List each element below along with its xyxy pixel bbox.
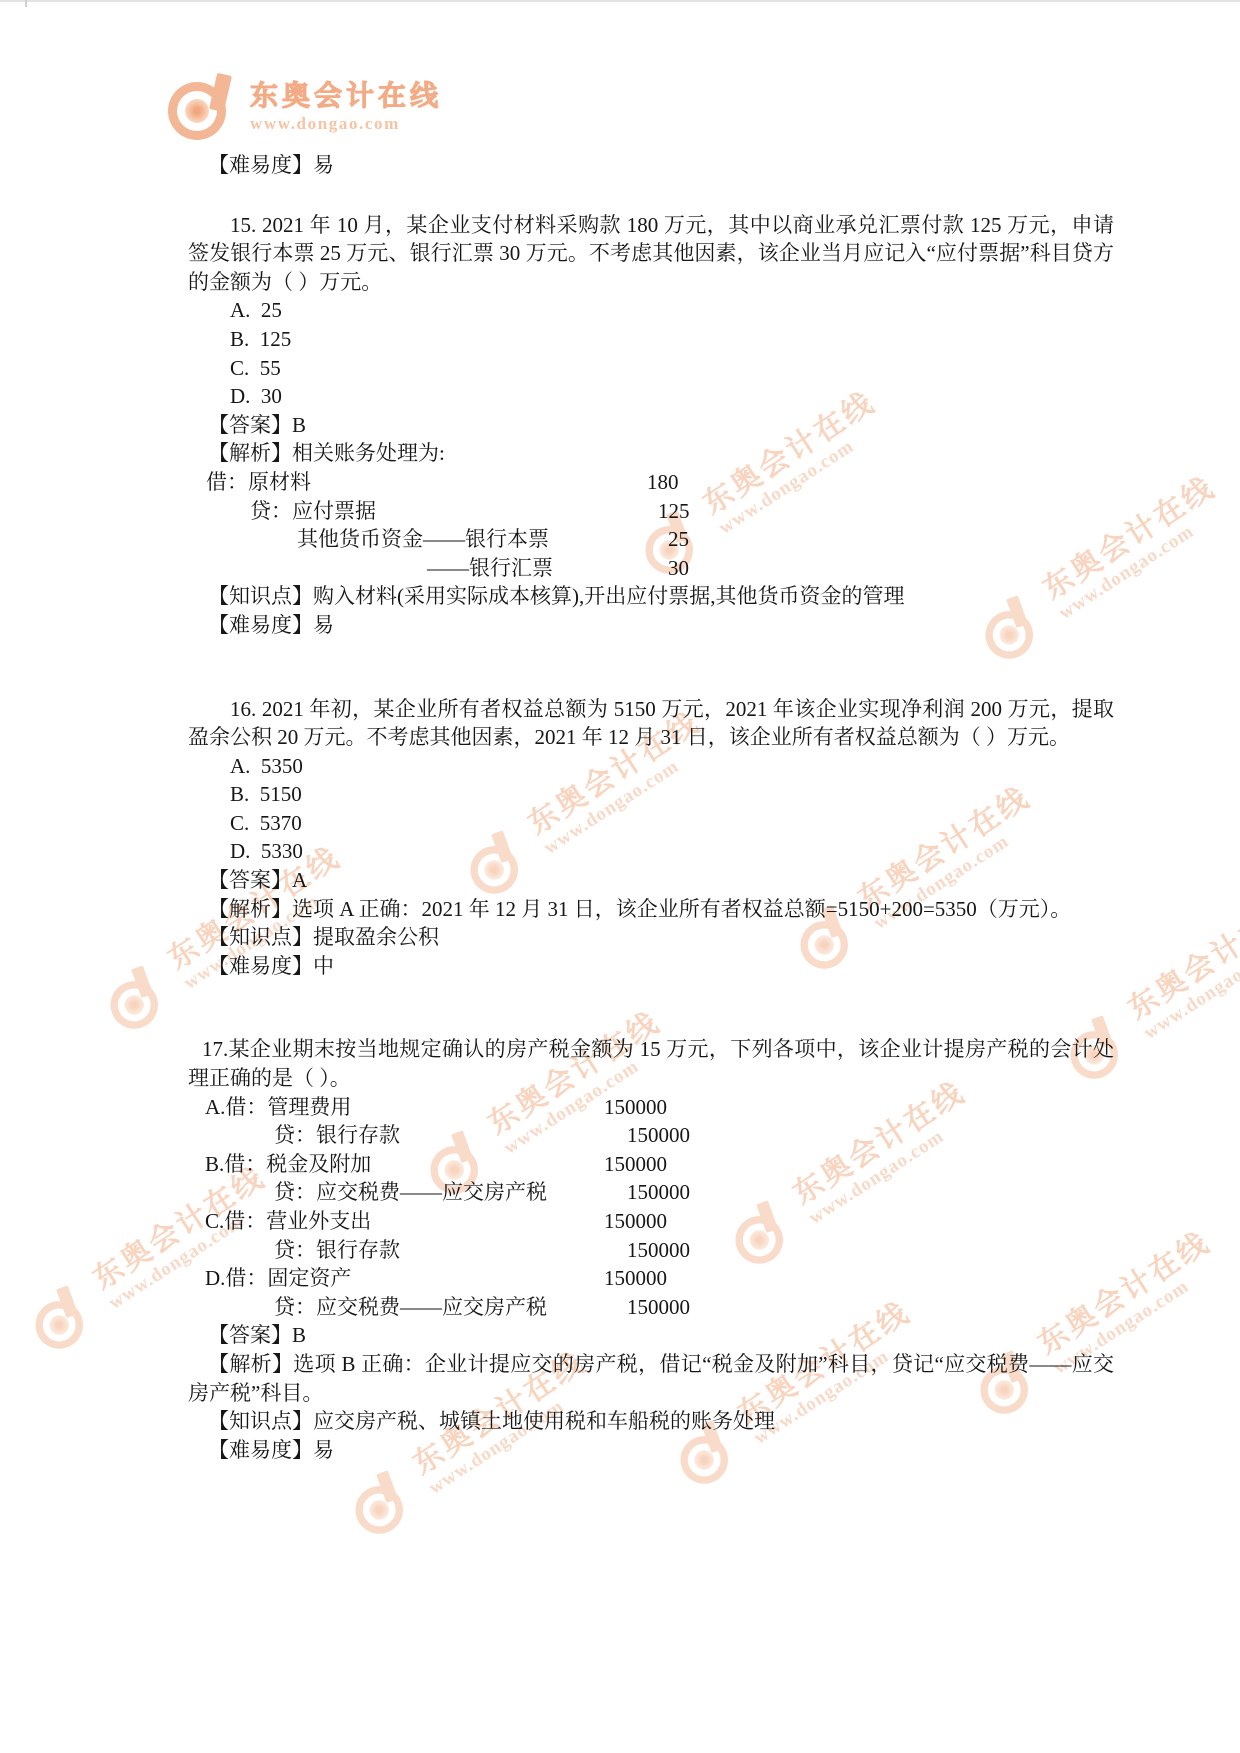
option: B. 125 bbox=[188, 325, 1114, 354]
question-stem: 17.某企业期末按当地规定确认的房产税金额为 15 万元，下列各项中，该企业计提… bbox=[188, 1035, 1114, 1092]
logo-ring bbox=[26, 1292, 92, 1358]
entry-text: 贷：应交税费——应交房产税 bbox=[274, 1180, 547, 1204]
answer-line: 【答案】B bbox=[188, 411, 1114, 440]
option: A. 25 bbox=[188, 296, 1114, 325]
document-content: 【难易度】易 15. 2021 年 10 月，某企业支付材料采购款 180 万元… bbox=[188, 151, 1114, 1464]
page-top-rule bbox=[0, 0, 1240, 2]
option: D. 5330 bbox=[188, 837, 1114, 866]
knowledge-line: 【知识点】应交房产税、城镇土地使用税和车船税的账务处理 bbox=[188, 1407, 1114, 1436]
analysis-line-value: 选项 A 正确：2021 年 12 月 31 日，该企业所有者权益总额=5150… bbox=[292, 897, 1071, 921]
difficulty-line-value: 易 bbox=[313, 613, 334, 637]
analysis-line-value: 相关账务处理为: bbox=[292, 441, 445, 465]
knowledge-line: 【知识点】提取盈余公积 bbox=[188, 923, 1114, 952]
option-entry: 贷：应交税费——应交房产税150000 bbox=[188, 1293, 1114, 1322]
leading-difficulty-line: 【难易度】易 bbox=[188, 151, 1114, 180]
exam-document-page: 东奥会计在线www.dongao.com东奥会计在线www.dongao.com… bbox=[0, 0, 1240, 1753]
option-entry: B.借：税金及附加150000 bbox=[188, 1150, 1114, 1179]
entry-amount: 150000 bbox=[604, 1093, 667, 1122]
entry-text: 贷：银行存款 bbox=[274, 1238, 400, 1262]
knowledge-line-value: 提取盈余公积 bbox=[313, 925, 439, 949]
difficulty-line: 【难易度】易 bbox=[188, 611, 1114, 640]
question-15: 15. 2021 年 10 月，某企业支付材料采购款 180 万元，其中以商业承… bbox=[188, 211, 1114, 640]
entry-amount: 150000 bbox=[627, 1121, 690, 1150]
entry-amount: 150000 bbox=[627, 1293, 690, 1322]
question-stem: 15. 2021 年 10 月，某企业支付材料采购款 180 万元，其中以商业承… bbox=[188, 211, 1114, 297]
analysis-line-label: 【解析】 bbox=[208, 897, 292, 921]
option-entry: A.借：管理费用150000 bbox=[188, 1093, 1114, 1122]
answer-line: 【答案】A bbox=[188, 866, 1114, 895]
entry-text: C.借：营业外支出 bbox=[205, 1209, 371, 1233]
watermark-logo-icon bbox=[98, 961, 176, 1038]
logo-ascender bbox=[376, 1470, 398, 1503]
option: A. 5350 bbox=[188, 752, 1114, 781]
answer-line-value: B bbox=[292, 413, 306, 437]
journal-line: 借：原材料180 bbox=[188, 468, 1114, 497]
question-16: 16. 2021 年初，某企业所有者权益总额为 5150 万元，2021 年该企… bbox=[188, 695, 1114, 981]
analysis-line-label: 【解析】 bbox=[208, 1352, 293, 1376]
difficulty-line-label: 【难易度】 bbox=[208, 1438, 313, 1462]
site-logo: 东奥会计在线 www.dongao.com bbox=[168, 74, 442, 140]
option-entry: D.借：固定资产150000 bbox=[188, 1264, 1114, 1293]
question-stem: 16. 2021 年初，某企业所有者权益总额为 5150 万元，2021 年该企… bbox=[188, 695, 1114, 752]
brand-url: www.dongao.com bbox=[250, 114, 442, 134]
brand-lockup: 东奥会计在线 www.dongao.com bbox=[250, 74, 442, 134]
option: C. 5370 bbox=[188, 809, 1114, 838]
journal-line: 贷：应付票据125 bbox=[188, 497, 1114, 526]
difficulty-line-label: 【难易度】 bbox=[208, 613, 313, 637]
page-crop-mark bbox=[25, 0, 27, 7]
analysis-line-value: 选项 B 正确：企业计提应交的房产税，借记“税金及附加”科目，贷记“应交税费——… bbox=[188, 1352, 1114, 1405]
logo-ascender bbox=[131, 965, 153, 998]
entry-text: D.借：固定资产 bbox=[205, 1266, 351, 1290]
difficulty-label: 【难易度】 bbox=[208, 153, 313, 177]
question-17: 17.某企业期末按当地规定确认的房产税金额为 15 万元，下列各项中，该企业计提… bbox=[188, 1035, 1114, 1464]
difficulty-line: 【难易度】易 bbox=[188, 1436, 1114, 1465]
analysis-line: 【解析】选项 A 正确：2021 年 12 月 31 日，该企业所有者权益总额=… bbox=[188, 895, 1114, 924]
logo-ring bbox=[346, 1477, 412, 1543]
knowledge-line-label: 【知识点】 bbox=[208, 925, 313, 949]
option: B. 5150 bbox=[188, 780, 1114, 809]
knowledge-line-label: 【知识点】 bbox=[208, 1409, 313, 1433]
difficulty-line-value: 中 bbox=[313, 954, 334, 978]
entry-amount: 150000 bbox=[627, 1236, 690, 1265]
brand-name: 东奥会计在线 bbox=[250, 82, 442, 111]
analysis-line: 【解析】相关账务处理为: bbox=[188, 439, 1114, 468]
journal-line: 其他货币资金——银行本票25 bbox=[188, 525, 1114, 554]
entry-amount: 150000 bbox=[627, 1178, 690, 1207]
watermark-text: 东奥会计在线www.dongao.com bbox=[1122, 891, 1240, 1046]
answer-line: 【答案】B bbox=[188, 1321, 1114, 1350]
knowledge-line-label: 【知识点】 bbox=[208, 584, 313, 608]
question-list: 15. 2021 年 10 月，某企业支付材料采购款 180 万元，其中以商业承… bbox=[188, 211, 1114, 1465]
entry-text: 其他货币资金——银行本票 bbox=[297, 527, 549, 551]
difficulty-value: 易 bbox=[313, 153, 334, 177]
knowledge-line-value: 购入材料(采用实际成本核算),开出应付票据,其他货币资金的管理 bbox=[313, 584, 904, 608]
answer-line-label: 【答案】 bbox=[208, 1323, 292, 1347]
option: D. 30 bbox=[188, 382, 1114, 411]
option-entry: C.借：营业外支出150000 bbox=[188, 1207, 1114, 1236]
entry-amount: 25 bbox=[668, 525, 689, 554]
entry-text: A.借：管理费用 bbox=[205, 1095, 351, 1119]
analysis-line-label: 【解析】 bbox=[208, 441, 292, 465]
answer-line-value: A bbox=[292, 868, 307, 892]
watermark-brand-url: www.dongao.com bbox=[1140, 918, 1240, 1045]
journal-line: ——银行汇票30 bbox=[188, 554, 1114, 583]
option: C. 55 bbox=[188, 354, 1114, 383]
dongao-logo-icon bbox=[168, 74, 238, 140]
entry-text: 借：原材料 bbox=[206, 470, 311, 494]
entry-text: B.借：税金及附加 bbox=[205, 1152, 371, 1176]
difficulty-line-label: 【难易度】 bbox=[208, 954, 313, 978]
entry-amount: 30 bbox=[668, 554, 689, 583]
difficulty-line: 【难易度】中 bbox=[188, 952, 1114, 981]
entry-amount: 125 bbox=[658, 497, 690, 526]
option-entry: 贷：银行存款150000 bbox=[188, 1236, 1114, 1265]
entry-amount: 150000 bbox=[604, 1264, 667, 1293]
option-entry: 贷：应交税费——应交房产税150000 bbox=[188, 1178, 1114, 1207]
logo-ascender bbox=[56, 1285, 78, 1318]
logo-ascender bbox=[209, 73, 232, 112]
difficulty-line-value: 易 bbox=[313, 1438, 334, 1462]
entry-amount: 150000 bbox=[604, 1150, 667, 1179]
option-entry: 贷：银行存款150000 bbox=[188, 1121, 1114, 1150]
entry-amount: 180 bbox=[647, 468, 679, 497]
entry-text: 贷：应交税费——应交房产税 bbox=[274, 1295, 547, 1319]
answer-line-label: 【答案】 bbox=[208, 868, 292, 892]
entry-text: 贷：银行存款 bbox=[274, 1123, 400, 1147]
analysis-line: 【解析】选项 B 正确：企业计提应交的房产税，借记“税金及附加”科目，贷记“应交… bbox=[188, 1350, 1114, 1407]
watermark-brand-name: 东奥会计在线 bbox=[1122, 891, 1240, 1027]
watermark-logo-icon bbox=[343, 1466, 421, 1543]
knowledge-line: 【知识点】购入材料(采用实际成本核算),开出应付票据,其他货币资金的管理 bbox=[188, 582, 1114, 611]
answer-line-label: 【答案】 bbox=[208, 413, 292, 437]
answer-line-value: B bbox=[292, 1323, 306, 1347]
watermark-logo-icon bbox=[23, 1281, 101, 1358]
entry-amount: 150000 bbox=[604, 1207, 667, 1236]
logo-ring bbox=[101, 972, 167, 1038]
entry-text: ——银行汇票 bbox=[427, 556, 553, 580]
knowledge-line-value: 应交房产税、城镇土地使用税和车船税的账务处理 bbox=[313, 1409, 775, 1433]
entry-text: 贷：应付票据 bbox=[250, 499, 376, 523]
